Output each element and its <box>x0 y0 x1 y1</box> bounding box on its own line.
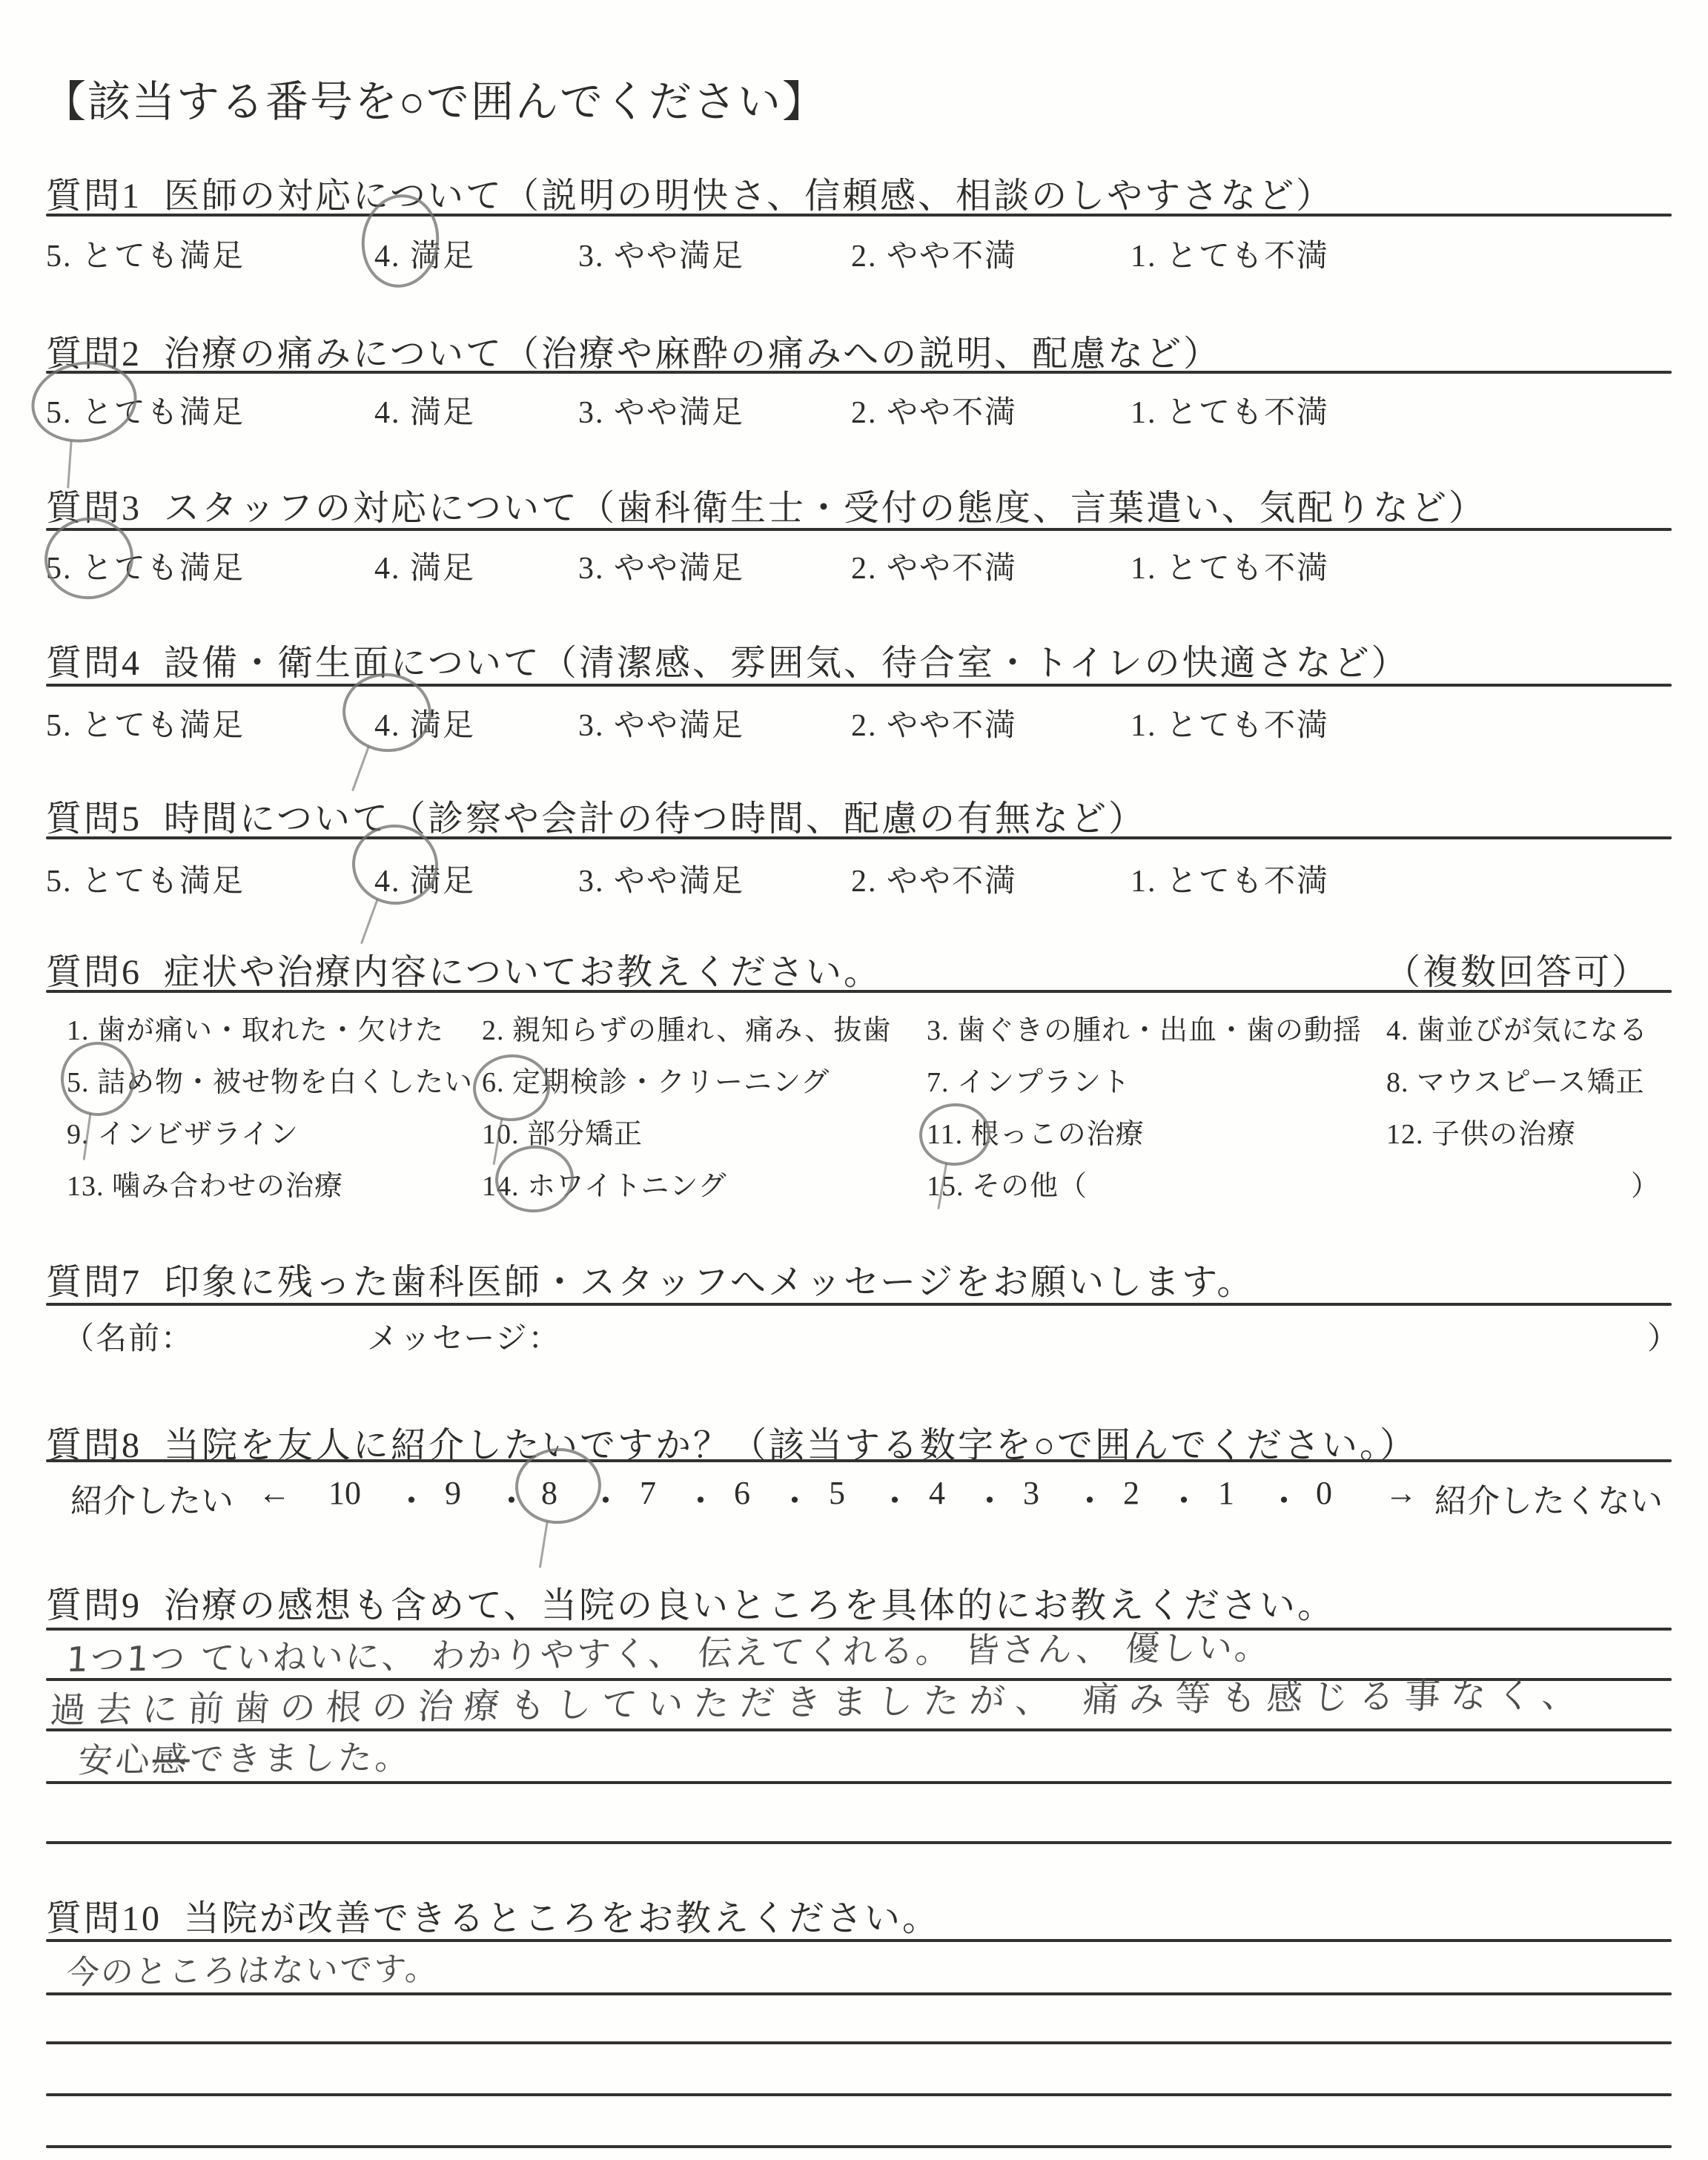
q6-heading: 質問6症状や治療内容についてお教えください。 <box>46 943 881 994</box>
q2-option-1: 1. とても不満 <box>1131 388 1329 432</box>
q8-number-7: 7 <box>640 1474 656 1512</box>
q2-option-2: 2. やや不満 <box>851 388 1017 432</box>
q5-option-3: 3. やや満足 <box>578 856 744 901</box>
q7-label: 質問7 <box>46 1263 142 1302</box>
q4-option-2: 2. やや不満 <box>851 701 1017 745</box>
q3-topic: スタッフの対応について（歯科衛生士・受付の態度、言葉遣い、気配りなど） <box>164 489 1486 528</box>
form-title: 【該当する番号を○で囲んでください】 <box>43 67 827 129</box>
q8-number-2: 2 <box>1123 1474 1139 1512</box>
divider <box>46 990 1672 993</box>
q2-topic: 治療の痛みについて（治療や麻酔の痛みへの説明、配慮など） <box>164 334 1221 374</box>
q3-option-4: 4. 満足 <box>374 544 475 588</box>
q2-option-3: 3. やや満足 <box>578 388 744 432</box>
q9-heading: 質問9治療の感想も含めて、当院の良いところを具体的にお教えください。 <box>46 1576 1335 1628</box>
q4-label: 質問4 <box>46 644 142 683</box>
writing-line <box>46 2093 1672 2096</box>
q8-dot: ・ <box>778 1474 811 1522</box>
q9-label: 質問9 <box>46 1586 142 1625</box>
divider <box>46 1459 1672 1462</box>
q1-option-5: 5. とても満足 <box>46 231 245 276</box>
q8-number-4: 4 <box>929 1474 945 1512</box>
q8-right-label: 紹介したくない <box>1434 1474 1663 1522</box>
writing-line <box>46 2145 1672 2148</box>
q6-topic: 症状や治療内容についてお教えください。 <box>164 953 881 992</box>
q6-option-15: 15. その他（ <box>927 1163 1088 1203</box>
q8-number-1: 1 <box>1218 1474 1234 1512</box>
q6-note: （複数回答可） <box>1385 943 1649 994</box>
q10-heading: 質問10当院が改善できるところをお教えください。 <box>46 1889 940 1941</box>
q4-topic: 設備・衛生面について（清潔感、雰囲気、待合室・トイレの快適さなど） <box>164 644 1409 683</box>
q8-right-arrow: → <box>1385 1474 1417 1512</box>
q7-heading: 質問7印象に残った歯科医師・スタッフへメッセージをお願いします。 <box>46 1253 1254 1304</box>
q10-handwriting: 今のところはないです。 <box>65 1942 440 1993</box>
divider <box>46 528 1672 531</box>
divider <box>46 1939 1672 1942</box>
q6-option-1: 1. 歯が痛い・取れた・欠けた <box>67 1007 444 1048</box>
q8-left-label: 紹介したい <box>70 1474 234 1522</box>
handwritten-circle-q6-14 <box>492 1143 576 1216</box>
q6-option-15-close-paren: ） <box>1631 1163 1660 1203</box>
q8-dot: ・ <box>1268 1474 1300 1522</box>
handwritten-circle-q6-5 <box>57 1038 139 1120</box>
q7-topic: 印象に残った歯科医師・スタッフへメッセージをお願いします。 <box>164 1263 1254 1302</box>
q6-option-4: 4. 歯並びが気になる <box>1386 1007 1648 1048</box>
q8-dot: ・ <box>684 1474 717 1522</box>
q9-line3-struck-char: 感 <box>151 1739 191 1780</box>
q5-option-5: 5. とても満足 <box>46 856 245 901</box>
q6-option-8: 8. マウスピース矯正 <box>1386 1059 1644 1100</box>
q9-line3-pre: 安心 <box>77 1740 153 1780</box>
q9-line3-post: できました。 <box>188 1737 413 1779</box>
q3-option-3: 3. やや満足 <box>578 544 744 588</box>
q7-close-paren: ） <box>1647 1314 1680 1358</box>
q8-dot: ・ <box>395 1474 428 1522</box>
q9-handwriting-line-3: 安心感できました。 <box>77 1730 414 1783</box>
q5-topic: 時間について（診察や会計の待つ時間、配慮の有無など） <box>164 799 1146 839</box>
q5-heading: 質問5時間について（診察や会計の待つ時間、配慮の有無など） <box>46 790 1146 841</box>
divider <box>46 371 1672 374</box>
divider <box>46 836 1672 839</box>
q6-option-12: 12. 子供の治療 <box>1386 1111 1576 1152</box>
q1-topic: 医師の対応について（説明の明快さ、信頼感、相談のしやすさなど） <box>164 176 1334 216</box>
q8-left-arrow: ← <box>258 1474 291 1512</box>
q10-topic: 当院が改善できるところをお教えください。 <box>184 1899 940 1938</box>
writing-line <box>46 2041 1672 2044</box>
q8-dot: ・ <box>878 1474 911 1522</box>
writing-line <box>46 1992 1672 1995</box>
q6-option-2: 2. 親知らずの腫れ、痛み、抜歯 <box>482 1007 892 1048</box>
q4-option-5: 5. とても満足 <box>46 701 245 745</box>
q1-option-1: 1. とても不満 <box>1131 231 1329 276</box>
writing-line <box>46 1841 1672 1844</box>
q4-option-1: 1. とても不満 <box>1131 701 1329 745</box>
q6-option-3: 3. 歯ぐきの腫れ・出血・歯の動揺 <box>927 1007 1362 1048</box>
q1-heading: 質問1医師の対応について（説明の明快さ、信頼感、相談のしやすさなど） <box>46 167 1334 218</box>
q8-number-9: 9 <box>445 1474 461 1512</box>
q4-heading: 質問4設備・衛生面について（清潔感、雰囲気、待合室・トイレの快適さなど） <box>46 634 1409 685</box>
q7-name-label: （名前： <box>63 1314 193 1358</box>
q8-number-3: 3 <box>1023 1474 1039 1512</box>
survey-scan-page: 【該当する番号を○で囲んでください】 質問1医師の対応について（説明の明快さ、信… <box>0 0 1708 2160</box>
q5-option-1: 1. とても不満 <box>1131 856 1329 901</box>
q8-dot: ・ <box>1073 1474 1106 1522</box>
q6-option-13: 13. 噛み合わせの治療 <box>67 1163 343 1203</box>
q7-message-label: メッセージ： <box>367 1314 560 1358</box>
q2-option-4: 4. 満足 <box>374 388 475 432</box>
divider <box>46 684 1672 687</box>
q8-dot: ・ <box>1168 1474 1200 1522</box>
q8-dot: ・ <box>973 1474 1006 1522</box>
q4-option-3: 3. やや満足 <box>578 701 744 745</box>
q2-heading: 質問2治療の痛みについて（治療や麻酔の痛みへの説明、配慮など） <box>46 325 1221 376</box>
q5-option-2: 2. やや不満 <box>851 856 1017 901</box>
q3-option-1: 1. とても不満 <box>1131 544 1329 588</box>
writing-line <box>46 1781 1672 1784</box>
q1-option-3: 3. やや満足 <box>578 231 744 276</box>
divider <box>46 214 1672 217</box>
q6-option-9: 9. インビザライン <box>67 1111 299 1152</box>
q3-heading: 質問3スタッフの対応について（歯科衛生士・受付の態度、言葉遣い、気配りなど） <box>46 479 1486 530</box>
q6-label: 質問6 <box>46 953 142 992</box>
q8-number-6: 6 <box>734 1474 750 1512</box>
divider <box>46 1303 1672 1306</box>
q8-number-0: 0 <box>1316 1474 1332 1512</box>
q6-option-7: 7. インプラント <box>927 1059 1131 1100</box>
q8-number-10: 10 <box>328 1474 361 1512</box>
q9-topic: 治療の感想も含めて、当院の良いところを具体的にお教えください。 <box>164 1586 1335 1625</box>
q8-number-5: 5 <box>829 1474 845 1512</box>
q3-option-2: 2. やや不満 <box>851 544 1017 588</box>
q1-option-2: 2. やや不満 <box>851 231 1017 276</box>
q1-label: 質問1 <box>46 176 142 216</box>
q5-label: 質問5 <box>46 799 142 839</box>
q10-label: 質問10 <box>46 1899 162 1938</box>
